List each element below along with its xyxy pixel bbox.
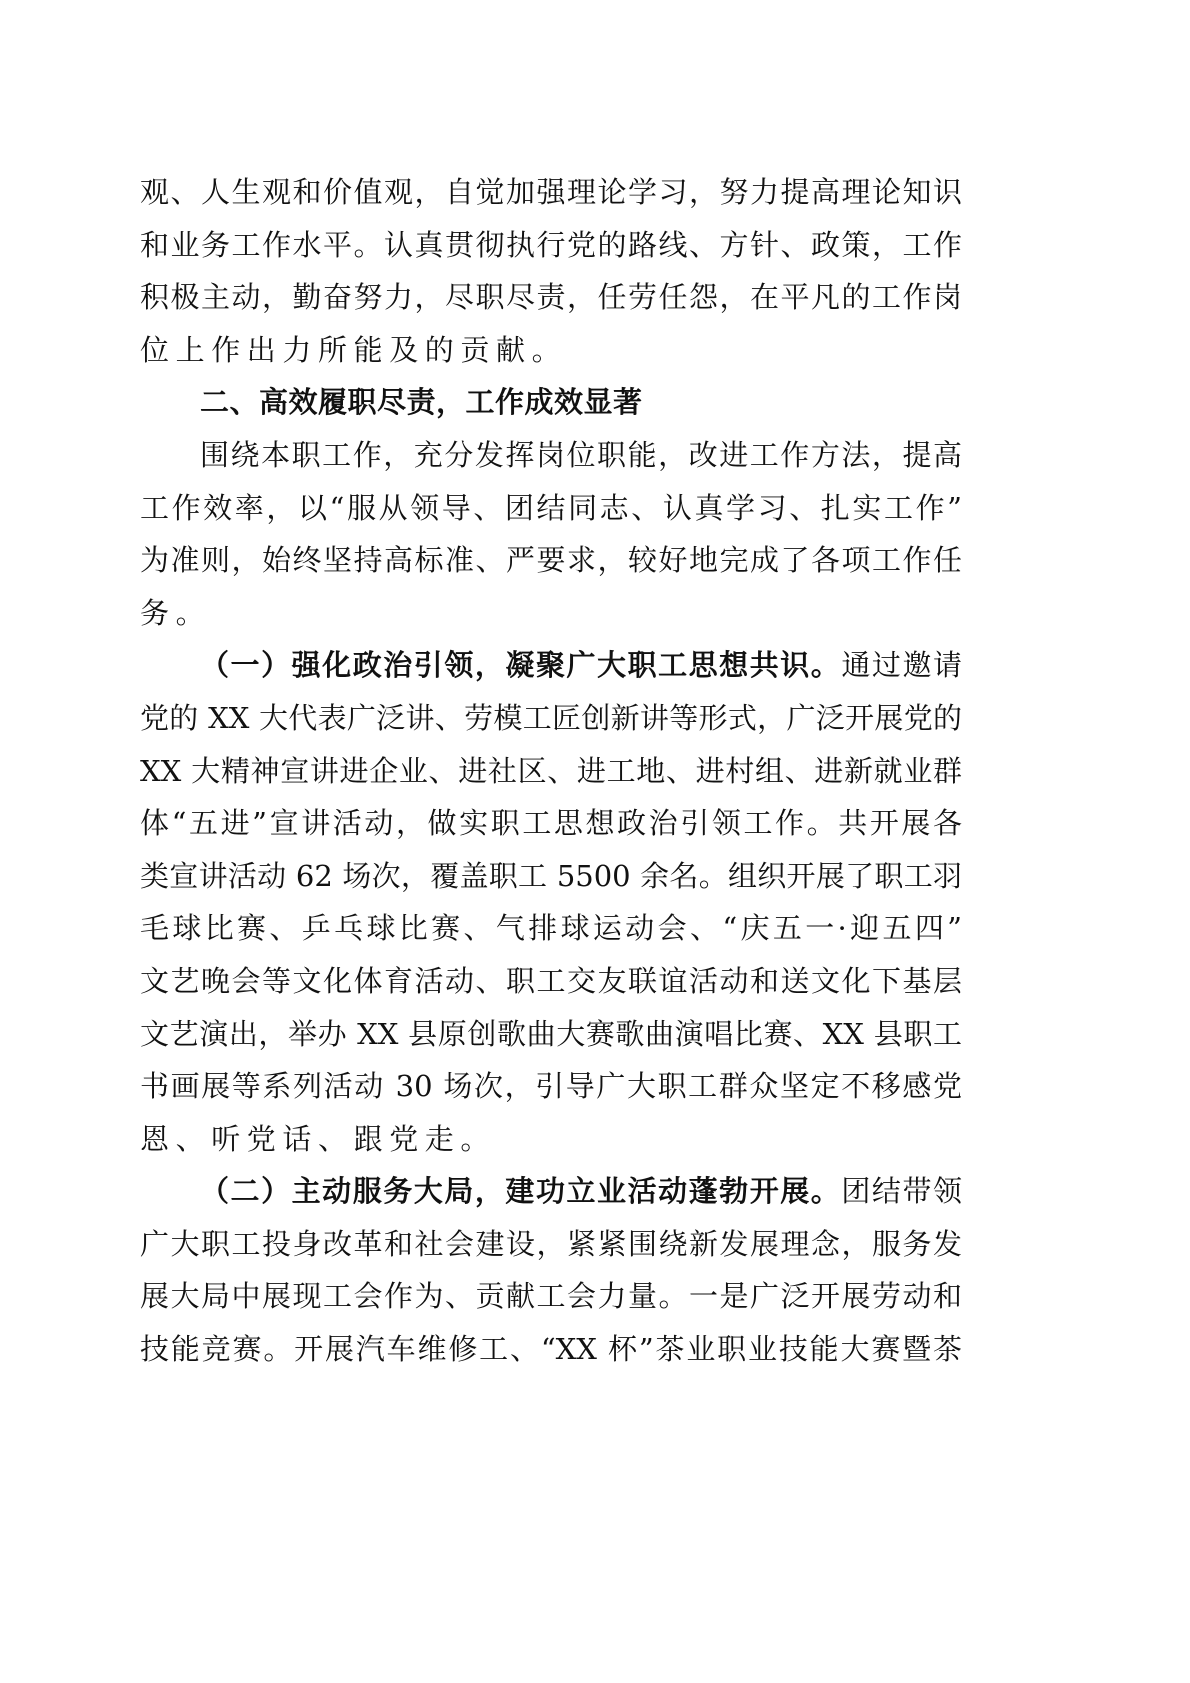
body-text-line: 位上作出力所能及的贡献。 [140, 324, 962, 377]
body-text-line: 积极主动，勤奋努力，尽职尽责，任劳任怨，在平凡的工作岗 [140, 271, 962, 324]
body-text-line: 展大局中展现工会作为、贡献工会力量。一是广泛开展劳动和 [140, 1270, 962, 1323]
body-text-line: 书画展等系列活动 30 场次，引导广大职工群众坚定不移感党 [140, 1060, 962, 1113]
body-text-line: 恩、听党话、跟党走。 [140, 1113, 962, 1166]
body-text-line: 为准则，始终坚持高标准、严要求，较好地完成了各项工作任 [140, 534, 962, 587]
subsection-first-line: （二）主动服务大局，建功立业活动蓬勃开展。团结带领 [140, 1165, 962, 1218]
body-text-run: 通过邀请 [841, 648, 962, 682]
body-text-line: 文艺演出，举办 XX 县原创歌曲大赛歌曲演唱比赛、XX 县职工 [140, 1008, 962, 1061]
body-text-line: 体“五进”宣讲活动，做实职工思想政治引领工作。共开展各 [140, 797, 962, 850]
body-text-line: 围绕本职工作，充分发挥岗位职能，改进工作方法，提高 [140, 429, 962, 482]
body-text-line: 和业务工作水平。认真贯彻执行党的路线、方针、政策，工作 [140, 219, 962, 272]
body-text-line: 技能竞赛。开展汽车维修工、“XX 杯”茶业职业技能大赛暨茶 [140, 1323, 962, 1376]
body-text-line: 党的 XX 大代表广泛讲、劳模工匠创新讲等形式，广泛开展党的 [140, 692, 962, 745]
body-text-run: 团结带领 [841, 1174, 962, 1208]
body-text-line: 广大职工投身改革和社会建设，紧紧围绕新发展理念，服务发 [140, 1218, 962, 1271]
body-text-line: 毛球比赛、乒乓球比赛、气排球运动会、“庆五一·迎五四” [140, 902, 962, 955]
document-page: 观、人生观和价值观，自觉加强理论学习，努力提高理论知识 和业务工作水平。认真贯彻… [140, 166, 962, 1376]
subsection-first-line: （一）强化政治引领，凝聚广大职工思想共识。通过邀请 [140, 639, 962, 692]
subsection-title: （二）主动服务大局，建功立业活动蓬勃开展。 [200, 1174, 841, 1208]
body-text-line: 务。 [140, 587, 962, 640]
body-text-line: 类宣讲活动 62 场次，覆盖职工 5500 余名。组织开展了职工羽 [140, 850, 962, 903]
body-text-line: 工作效率，以“服从领导、团结同志、认真学习、扎实工作” [140, 482, 962, 535]
section-heading: 二、高效履职尽责，工作成效显著 [140, 376, 962, 429]
body-text-line: XX 大精神宣讲进企业、进社区、进工地、进村组、进新就业群 [140, 745, 962, 798]
subsection-title: （一）强化政治引领，凝聚广大职工思想共识。 [200, 648, 841, 682]
body-text-line: 文艺晚会等文化体育活动、职工交友联谊活动和送文化下基层 [140, 955, 962, 1008]
body-text-line: 观、人生观和价值观，自觉加强理论学习，努力提高理论知识 [140, 166, 962, 219]
